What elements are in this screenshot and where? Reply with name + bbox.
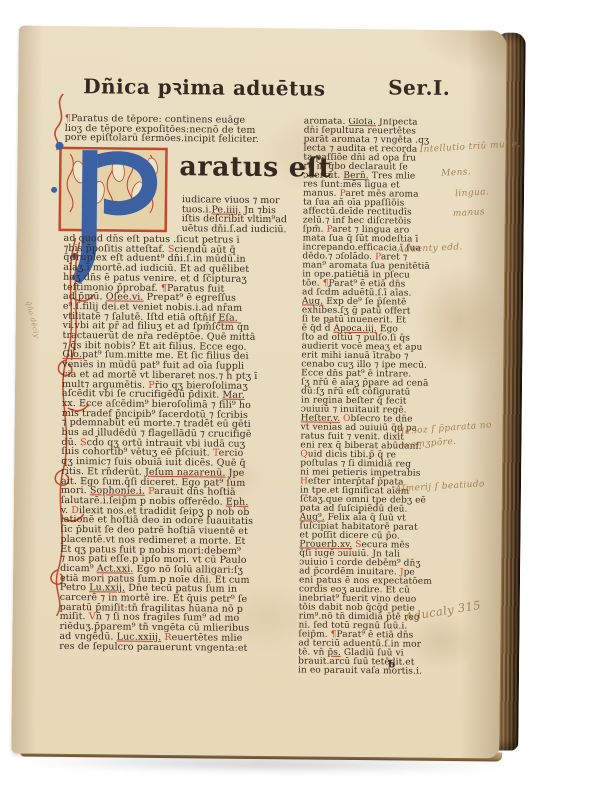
right-column: aromata. Gloſa. Jnſpectadn̄i ſepultura r… xyxy=(298,117,458,677)
marginal-annotation-lingua: lingua. xyxy=(455,187,490,199)
text-beside-initial: iudicare viuos ⁊ mortuos.i.Pe.iiij. Jn ⁊… xyxy=(182,195,298,235)
marginal-annotation-mens: Mens. xyxy=(441,167,471,179)
signature-mark: b xyxy=(388,659,395,670)
left-column: ad quod dn̄s eſt patus .ſicut petrus ī⁊b… xyxy=(59,234,299,654)
text-line: in eo parauit vaſa mortis.i. xyxy=(298,666,452,677)
open-book: Dñica pꝛima aduētus Ser.I. ¶Paratus de t… xyxy=(0,0,600,800)
running-title-sermon-number: Ser.I. xyxy=(388,75,450,100)
text-line: res de ſepulcro parauerunt vngenta:et xyxy=(59,641,295,653)
red-corner-squiggle xyxy=(55,94,63,150)
incunable-page: Dñica pꝛima aduētus Ser.I. ¶Paratus de t… xyxy=(11,25,507,758)
text-line: uētus dn̄i.ſ.ad iudiciū. xyxy=(182,224,298,235)
book-photograph: Dñica pꝛima aduētus Ser.I. ¶Paratus de t… xyxy=(0,0,600,800)
gutter-annotation: q̄ño dēcly xyxy=(24,300,41,339)
marginal-annotation-manus: manus xyxy=(453,207,486,219)
